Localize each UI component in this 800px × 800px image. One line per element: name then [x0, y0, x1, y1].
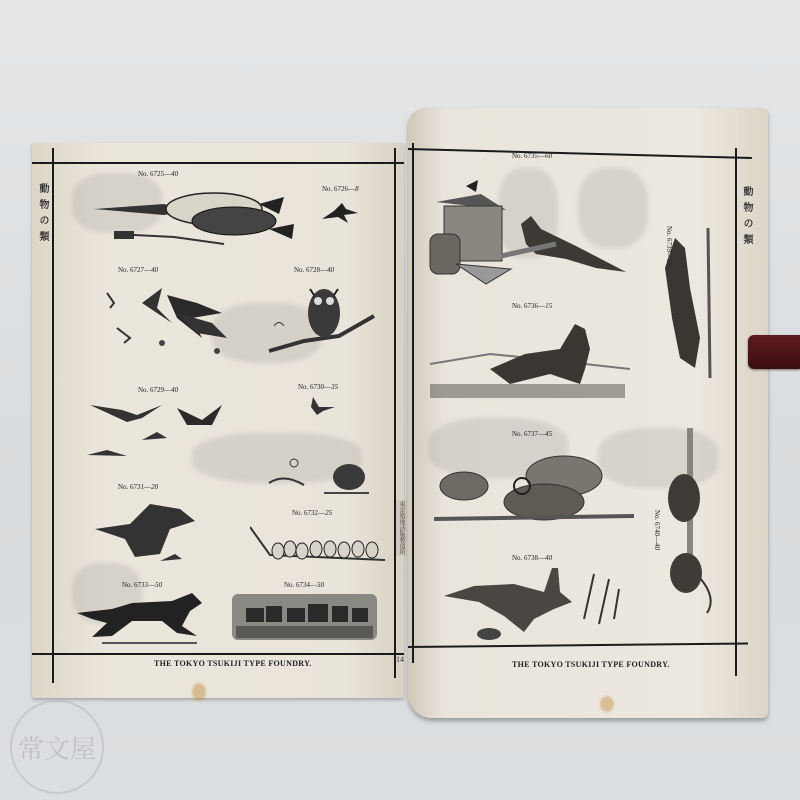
left-footer: THE TOKYO TSUKIJI TYPE FOUNDRY. [154, 659, 312, 668]
spine-caption: 東京築地活版製造所 [396, 500, 407, 556]
item-label-6731: No. 6731—20 [118, 483, 158, 491]
horse-herd-illustration [232, 594, 377, 642]
right-page: 動物の類 No. 6735—60 No. 6736—15 No. 6737—45… [408, 108, 768, 718]
item-label-6737: No. 6737—45 [512, 430, 552, 438]
item-label-6733: No. 6733—50 [122, 581, 162, 589]
left-page: 動物の類 No. 6725—40 No. 6726—8 No. 6727—40 … [32, 143, 404, 698]
left-section-heading: 動物の類 [35, 183, 50, 247]
item-label-6727: No. 6727—40 [118, 266, 158, 274]
left-outer-vrule [52, 148, 54, 683]
swallows-cluster-illustration [90, 499, 200, 569]
right-left-vrule [412, 143, 414, 663]
item-label-6738: No. 6738—40 [512, 554, 552, 562]
rats-on-pole-illustration [662, 428, 722, 618]
item-label-6735: No. 6735—60 [512, 152, 552, 160]
small-bird-illustration [320, 199, 360, 225]
item-label-6734: No. 6734—50 [284, 581, 324, 589]
right-footer: THE TOKYO TSUKIJI TYPE FOUNDRY. [512, 660, 670, 669]
watermark-seal: 常文屋 [10, 700, 104, 794]
item-label-6729: No. 6729—40 [138, 386, 178, 394]
red-bookmark-ribbon [748, 335, 800, 369]
paper-stain [600, 696, 614, 712]
item-label-6740: No. 6740—40 [653, 510, 661, 550]
item-label-6739: No. 6739—35 [665, 226, 673, 266]
right-right-vrule [735, 148, 737, 676]
left-page-number: 14 [396, 655, 404, 664]
fox-and-hut-illustration [426, 174, 636, 294]
item-label-6728: No. 6728—40 [294, 266, 334, 274]
left-top-rule [32, 162, 404, 164]
left-inner-vrule [394, 148, 396, 678]
fox-in-field-illustration [430, 314, 630, 404]
hare-and-frog-illustration [434, 564, 634, 644]
swallows-illustration [102, 283, 242, 363]
birds-on-branch-illustration [250, 525, 390, 567]
item-label-6736: No. 6736—15 [512, 302, 552, 310]
gulls-illustration [82, 400, 242, 470]
right-top-rule [408, 148, 752, 159]
sheep-illustration [434, 444, 634, 534]
item-label-6730: No. 6730—35 [298, 383, 338, 391]
left-bottom-rule [32, 653, 404, 655]
item-label-6726: No. 6726—8 [322, 185, 359, 193]
right-section-heading: 動物の類 [739, 186, 754, 250]
paper-stain [192, 683, 206, 701]
galloping-horse-illustration [72, 591, 212, 646]
item-label-6725: No. 6725—40 [138, 170, 178, 178]
owl-illustration [264, 281, 384, 361]
item-label-6732: No. 6732—25 [292, 509, 332, 517]
quail-illustration [264, 453, 374, 498]
butterfly-illustration [305, 395, 339, 417]
fish-illustration [94, 179, 304, 254]
